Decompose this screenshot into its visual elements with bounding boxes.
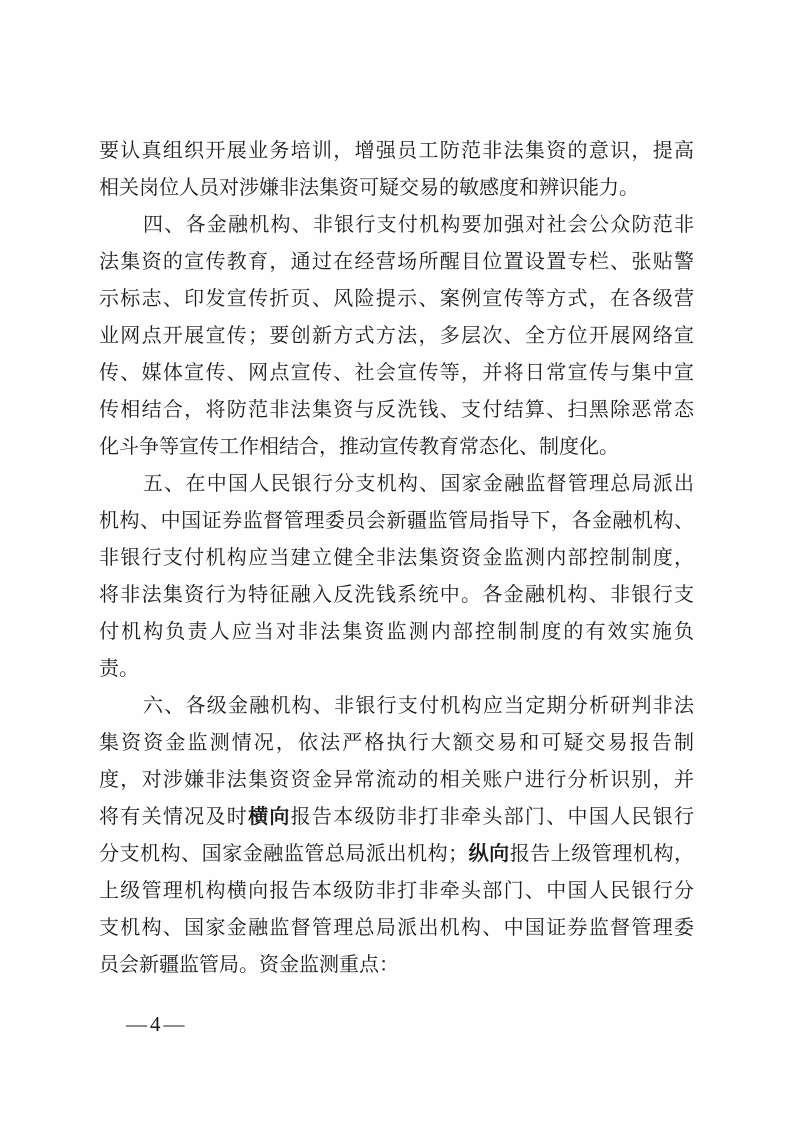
- emphasis-text: 纵向: [468, 843, 510, 865]
- text-line: 度，对涉嫌非法集资资金异常流动的相关账户进行分析识别，并: [99, 762, 694, 799]
- text-segment: 化斗争等宣传工作相结合，推动宣传教育常态化、制度化。: [99, 436, 619, 458]
- text-line: 员会新疆监管局。资金监测重点：: [99, 947, 694, 984]
- text-segment: 要认真组织开展业务培训，增强员工防范非法集资的意识，提高: [99, 140, 694, 162]
- text-line: 四、各金融机构、非银行支付机构要加强对社会公众防范非: [99, 207, 694, 244]
- text-segment: 六、各级金融机构、非银行支付机构应当定期分析研判非法: [143, 695, 694, 717]
- text-segment: 传相结合，将防范非法集资与反洗钱、支付结算、扫黑除恶常态: [99, 399, 694, 421]
- text-line: 非银行支付机构应当建立健全非法集资资金监测内部控制制度，: [99, 540, 694, 577]
- text-segment: 报告上级管理机构，: [510, 843, 694, 865]
- text-segment: 将非法集资行为特征融入反洗钱系统中。各金融机构、非银行支: [99, 584, 694, 606]
- text-line: 传、媒体宣传、网点宣传、社会宣传等，并将日常宣传与集中宣: [99, 355, 694, 392]
- text-line: 将非法集资行为特征融入反洗钱系统中。各金融机构、非银行支: [99, 577, 694, 614]
- text-line: 六、各级金融机构、非银行支付机构应当定期分析研判非法: [99, 688, 694, 725]
- text-segment: 支机构、国家金融监督管理总局派出机构、中国证券监督管理委: [99, 917, 694, 939]
- text-line: 机构、中国证券监督管理委员会新疆监管局指导下，各金融机构、: [99, 503, 694, 540]
- page-number: —4—: [126, 1008, 188, 1040]
- text-segment: 分支机构、国家金融监管总局派出机构；: [99, 843, 468, 865]
- text-segment: 上级管理机构横向报告本级防非打非牵头部门、中国人民银行分: [99, 880, 694, 902]
- text-line: 集资资金监测情况，依法严格执行大额交易和可疑交易报告制: [99, 725, 694, 762]
- document-page: 要认真组织开展业务培训，增强员工防范非法集资的意识，提高相关岗位人员对涉嫌非法集…: [0, 0, 793, 1121]
- text-line: 五、在中国人民银行分支机构、国家金融监督管理总局派出: [99, 466, 694, 503]
- text-segment: 业网点开展宣传；要创新方式方法，多层次、全方位开展网络宣: [99, 325, 694, 347]
- text-segment: 传、媒体宣传、网点宣传、社会宣传等，并将日常宣传与集中宣: [99, 362, 694, 384]
- text-segment: 五、在中国人民银行分支机构、国家金融监督管理总局派出: [143, 473, 694, 495]
- text-line: 要认真组织开展业务培训，增强员工防范非法集资的意识，提高: [99, 133, 694, 170]
- text-line: 上级管理机构横向报告本级防非打非牵头部门、中国人民银行分: [99, 873, 694, 910]
- text-segment: 付机构负责人应当对非法集资监测内部控制制度的有效实施负: [99, 621, 694, 643]
- text-segment: 集资资金监测情况，依法严格执行大额交易和可疑交易报告制: [99, 732, 694, 754]
- text-line: 付机构负责人应当对非法集资监测内部控制制度的有效实施负: [99, 614, 694, 651]
- text-segment: 相关岗位人员对涉嫌非法集资可疑交易的敏感度和辨识能力。: [99, 177, 639, 199]
- text-line: 将有关情况及时横向报告本级防非打非牵头部门、中国人民银行: [99, 799, 694, 836]
- document-body: 要认真组织开展业务培训，增强员工防范非法集资的意识，提高相关岗位人员对涉嫌非法集…: [99, 133, 694, 984]
- text-segment: 非银行支付机构应当建立健全非法集资资金监测内部控制制度，: [99, 547, 694, 569]
- text-segment: 四、各金融机构、非银行支付机构要加强对社会公众防范非: [143, 214, 694, 236]
- emphasis-text: 横向: [248, 806, 291, 828]
- text-line: 责。: [99, 651, 694, 688]
- text-line: 示标志、印发宣传折页、风险提示、案例宣传等方式，在各级营: [99, 281, 694, 318]
- text-segment: 机构、中国证券监督管理委员会新疆监管局指导下，各金融机构、: [99, 510, 694, 532]
- text-line: 业网点开展宣传；要创新方式方法，多层次、全方位开展网络宣: [99, 318, 694, 355]
- text-segment: 度，对涉嫌非法集资资金异常流动的相关账户进行分析识别，并: [99, 769, 694, 791]
- text-line: 支机构、国家金融监督管理总局派出机构、中国证券监督管理委: [99, 910, 694, 947]
- text-line: 传相结合，将防范非法集资与反洗钱、支付结算、扫黑除恶常态: [99, 392, 694, 429]
- text-segment: 将有关情况及时: [99, 806, 248, 828]
- text-line: 分支机构、国家金融监管总局派出机构；纵向报告上级管理机构，: [99, 836, 694, 873]
- text-segment: 示标志、印发宣传折页、风险提示、案例宣传等方式，在各级营: [99, 288, 694, 310]
- text-line: 相关岗位人员对涉嫌非法集资可疑交易的敏感度和辨识能力。: [99, 170, 694, 207]
- text-segment: 责。: [99, 658, 139, 680]
- text-segment: 报告本级防非打非牵头部门、中国人民银行: [291, 806, 694, 828]
- text-line: 化斗争等宣传工作相结合，推动宣传教育常态化、制度化。: [99, 429, 694, 466]
- text-segment: 法集资的宣传教育，通过在经营场所醒目位置设置专栏、张贴警: [99, 251, 694, 273]
- text-segment: 员会新疆监管局。资金监测重点：: [99, 954, 399, 976]
- text-line: 法集资的宣传教育，通过在经营场所醒目位置设置专栏、张贴警: [99, 244, 694, 281]
